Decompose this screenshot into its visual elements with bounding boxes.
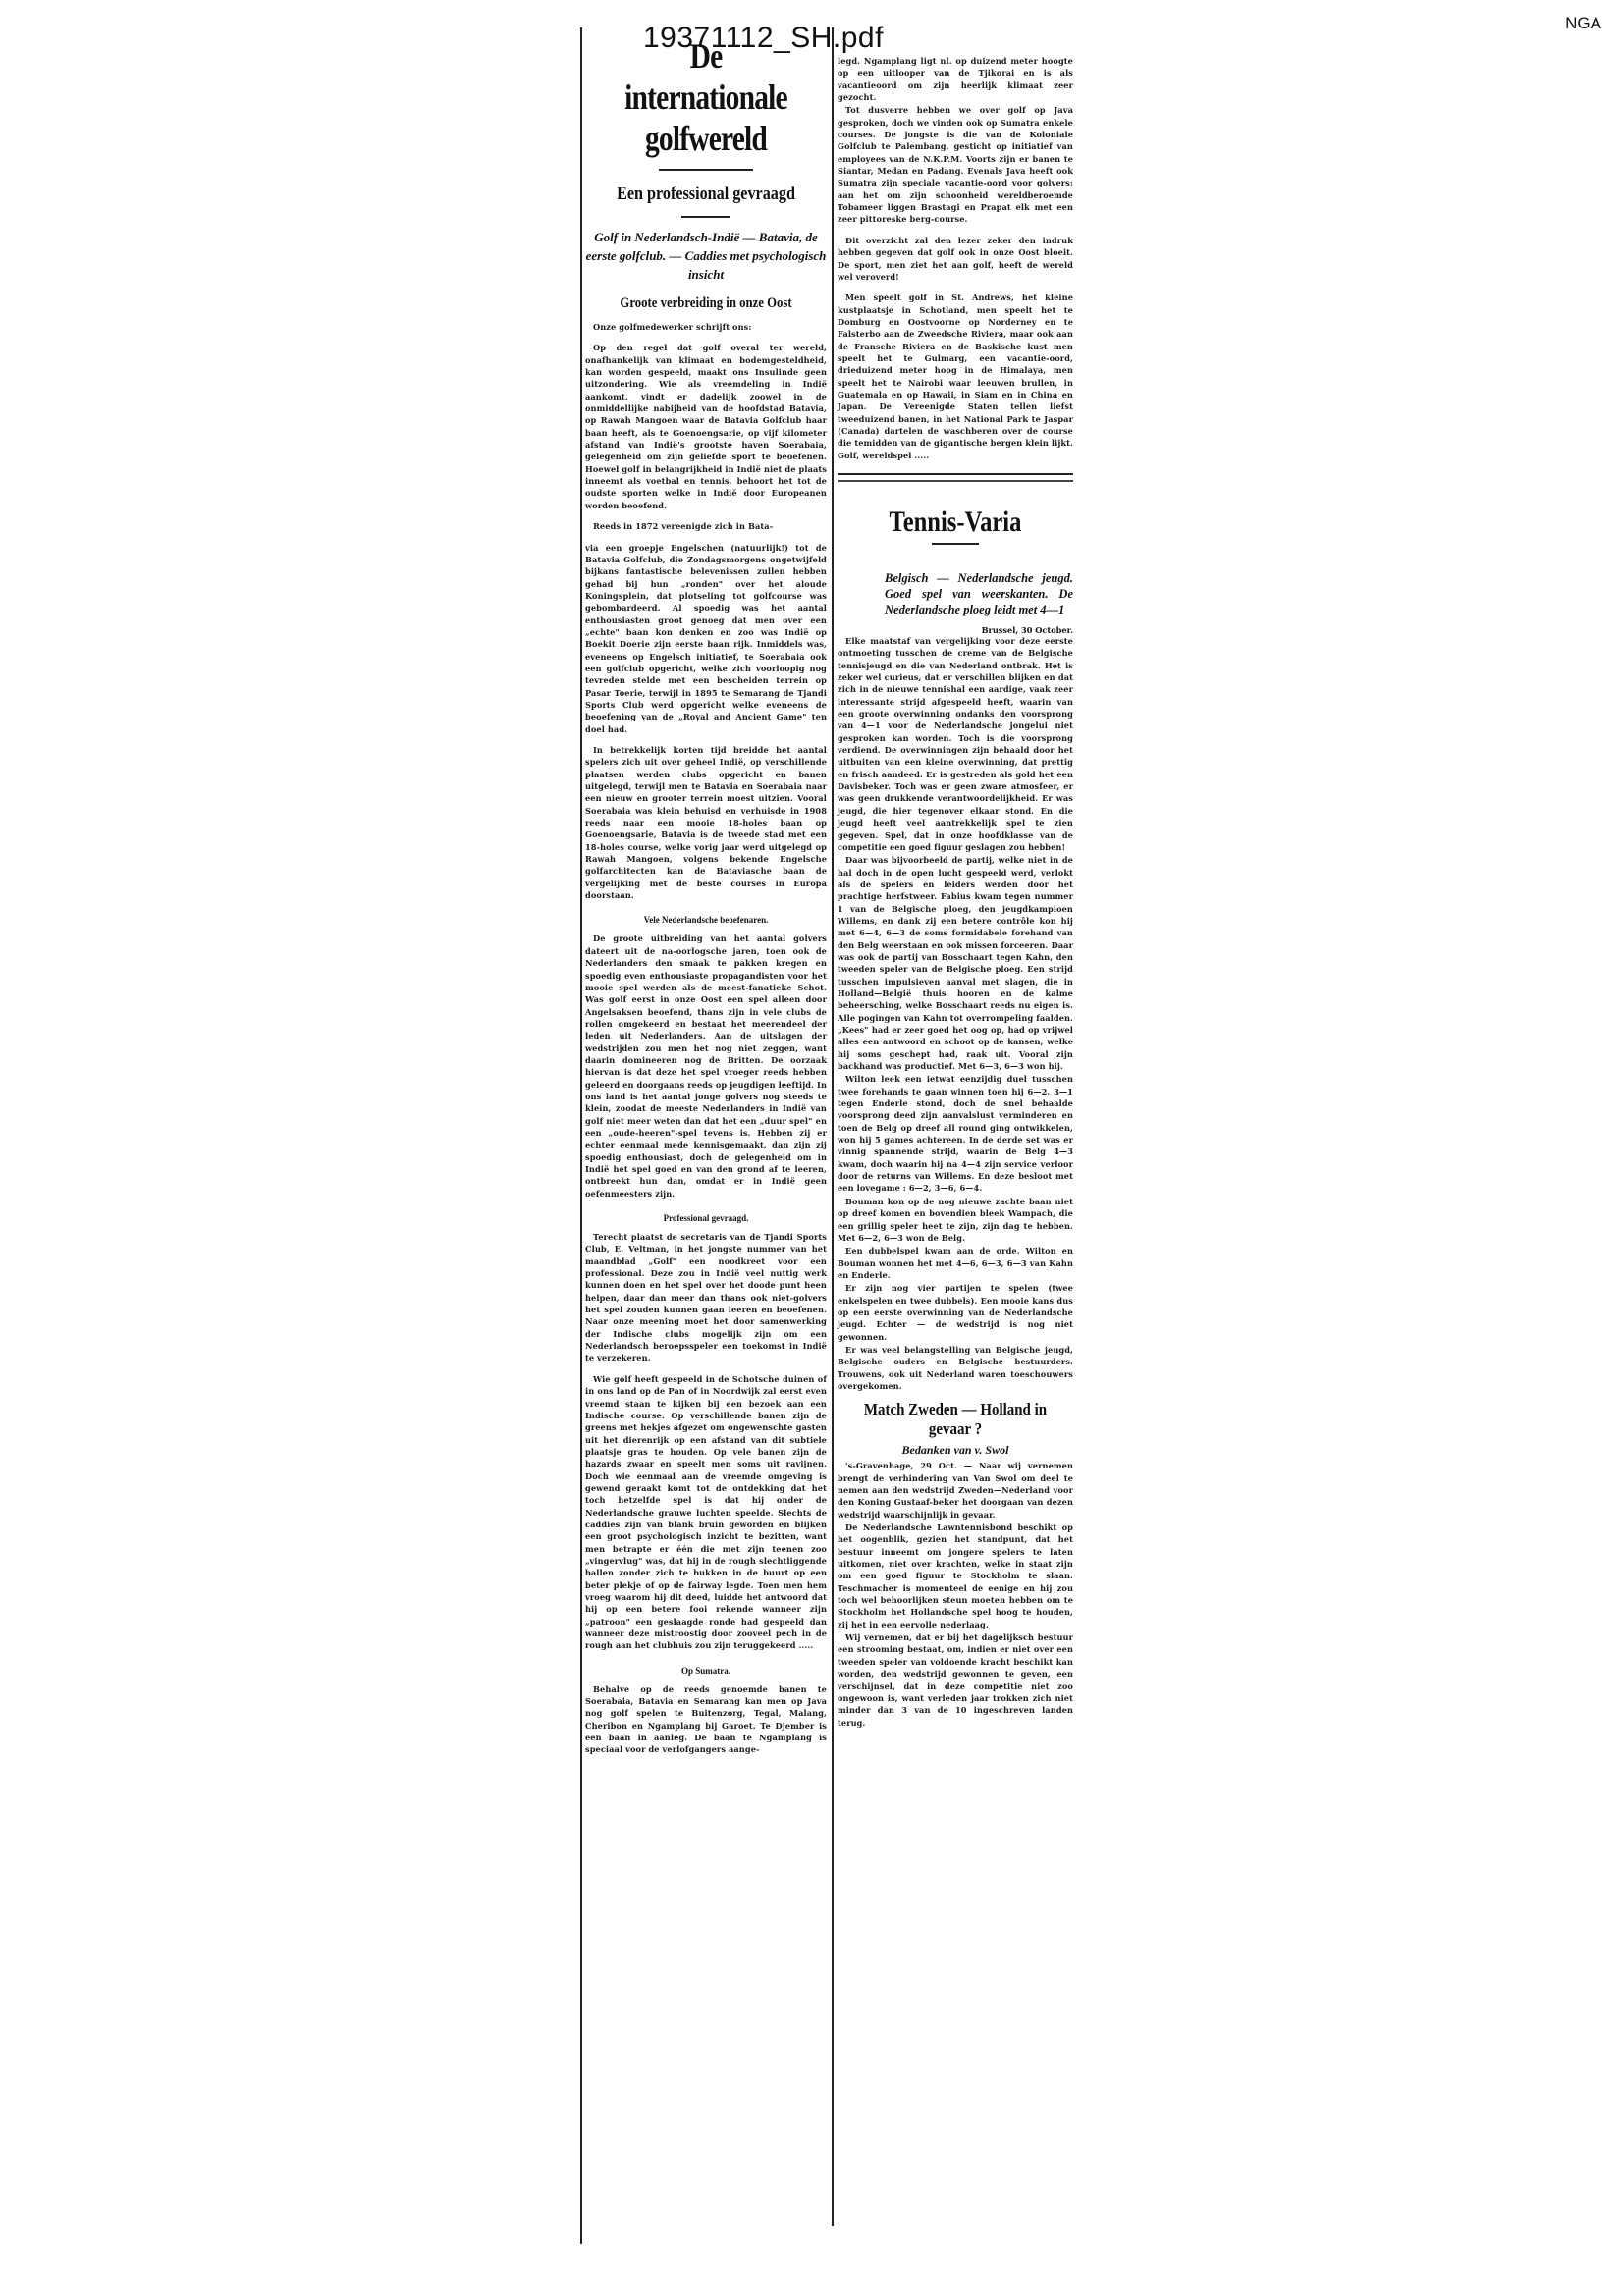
headline-rule: [659, 169, 753, 171]
tennis-title-rule: [932, 543, 979, 545]
golf-continuation: legd. Ngamplang ligt nl. op duizend mete…: [838, 55, 1073, 103]
file-title: 19371112_SH.pdf: [643, 22, 884, 55]
section-heading-sumatra: Op Sumatra.: [585, 1666, 827, 1676]
match-paragraph: 's-Gravenhage, 29 Oct. — Naar wij vernem…: [838, 1460, 1073, 1521]
golf-paragraph: Wie golf heeft gespeeld in de Schotsche …: [585, 1373, 827, 1652]
golf-continuation: Men speelt golf in St. Andrews, het klei…: [838, 292, 1073, 461]
tennis-deck: Belgisch — Nederlandsche jeugd. Goed spe…: [885, 570, 1073, 617]
tennis-dateline: Brussel, 30 October.: [838, 625, 1073, 635]
corner-label: NGA: [1565, 14, 1601, 33]
tennis-paragraph: Elke maatstaf van vergelijking voor deze…: [838, 635, 1073, 853]
golf-paragraph: via een groepje Engelschen (natuurlijk!)…: [585, 542, 827, 736]
golf-continuation: Tot dusverre hebben we over golf op Java…: [838, 104, 1073, 225]
golf-continuation: Dit overzicht zal den lezer zeker den in…: [838, 235, 1073, 283]
golf-subheadline: Een professional gevraagd: [603, 183, 808, 206]
headline-line-2: golfwereld: [607, 118, 805, 159]
section-heading-oost: Groote verbreiding in onze Oost: [603, 294, 808, 313]
match-paragraph: De Nederlandsche Lawntennisbond beschikt…: [838, 1522, 1073, 1630]
golf-intro: Onze golfmedewerker schrijft ons:: [585, 321, 827, 333]
left-column: De internationale golfwereld Een profess…: [580, 27, 827, 2244]
section-heading-beoefenaren: Vele Nederlandsche beoefenaren.: [585, 915, 827, 925]
golf-paragraph: Op den regel dat golf overal ter wereld,…: [585, 342, 827, 511]
golf-deck: Golf in Nederlandsch-Indië — Batavia, de…: [585, 228, 827, 284]
tennis-paragraph: Wilton leek een ietwat eenzijdig duel tu…: [838, 1073, 1073, 1194]
match-paragraph: Wij vernemen, dat er bij het dagelijksch…: [838, 1631, 1073, 1729]
subheadline-rule: [681, 216, 730, 218]
tennis-paragraph: Er was veel belangstelling van Belgische…: [838, 1344, 1073, 1392]
golf-paragraph: Reeds in 1872 vereenigde zich in Bata-: [585, 520, 827, 532]
right-column: legd. Ngamplang ligt nl. op duizend mete…: [832, 27, 1073, 2226]
newspaper-clipping: De internationale golfwereld Een profess…: [574, 27, 1067, 2258]
section-heading-professional: Professional gevraagd.: [585, 1213, 827, 1223]
golf-paragraph: Terecht plaatst de secretaris van de Tja…: [585, 1231, 827, 1364]
tennis-paragraph: Een dubbelspel kwam aan de orde. Wilton …: [838, 1245, 1073, 1281]
golf-paragraph: In betrekkelijk korten tijd breidde het …: [585, 744, 827, 901]
tennis-title: Tennis-Varia: [859, 506, 1053, 539]
golf-paragraph: Behalve op de reeds genoemde banen te So…: [585, 1683, 827, 1756]
golf-paragraph: De groote uitbreiding van het aantal gol…: [585, 933, 827, 1200]
tennis-paragraph: Bouman kon op de nog nieuwe zachte baan …: [838, 1196, 1073, 1244]
match-deck: Bedanken van v. Swol: [838, 1443, 1073, 1458]
tennis-paragraph: Daar was bijvoorbeeld de partij, welke n…: [838, 854, 1073, 1072]
tennis-paragraph: Er zijn nog vier partijen te spelen (twe…: [838, 1282, 1073, 1343]
match-headline: Match Zweden — Holland in gevaar ?: [851, 1400, 1058, 1439]
article-separator: [838, 473, 1073, 482]
